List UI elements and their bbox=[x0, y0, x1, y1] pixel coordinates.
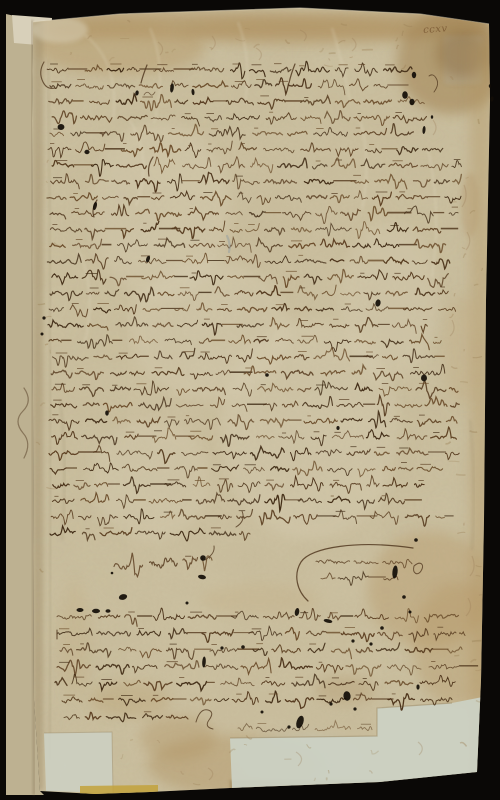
ink-blot bbox=[351, 639, 354, 642]
ink-blot bbox=[220, 646, 223, 649]
show-through-fleck bbox=[50, 350, 51, 353]
ink-blot bbox=[111, 572, 114, 575]
ink-blot bbox=[241, 645, 245, 649]
ink-blot bbox=[200, 555, 206, 561]
ink-blot bbox=[353, 707, 356, 710]
ink-blot bbox=[416, 684, 419, 689]
ink-blot bbox=[409, 99, 414, 105]
ink-blot bbox=[41, 333, 44, 336]
ink-blot bbox=[42, 316, 45, 319]
ink-blot bbox=[329, 702, 332, 705]
ink-blot bbox=[431, 115, 433, 119]
ink-blot bbox=[58, 124, 65, 130]
ink-blot bbox=[106, 609, 111, 613]
ink-blot bbox=[414, 538, 418, 542]
ink-blot bbox=[261, 711, 264, 714]
ink-blot bbox=[409, 611, 412, 614]
ink-blot bbox=[287, 725, 290, 728]
show-through-fleck bbox=[130, 739, 133, 740]
stain bbox=[140, 716, 216, 760]
ink-blot bbox=[265, 373, 269, 377]
folio-number: ccxv bbox=[423, 23, 448, 36]
ink-blot bbox=[402, 595, 406, 599]
stain bbox=[180, 19, 420, 45]
ink-blot bbox=[186, 602, 189, 605]
ink-blot bbox=[84, 150, 89, 154]
manuscript-artwork: ccxv bbox=[0, 0, 500, 800]
ink-blot bbox=[421, 375, 427, 382]
light-patch bbox=[130, 260, 290, 400]
show-through-fleck bbox=[456, 474, 466, 475]
stain bbox=[59, 580, 91, 700]
show-through-fleck bbox=[70, 52, 71, 54]
ink-blot bbox=[489, 84, 491, 88]
underlying-leaf-patch bbox=[44, 732, 113, 793]
ink-blot bbox=[369, 642, 372, 645]
ink-blot bbox=[105, 410, 109, 415]
ink-blot bbox=[92, 609, 100, 613]
ink-blot bbox=[77, 608, 84, 612]
ink-blot bbox=[380, 626, 384, 630]
manuscript-photograph: ccxv bbox=[0, 0, 500, 800]
ink-blot bbox=[402, 91, 408, 99]
stain bbox=[200, 584, 320, 616]
show-through-fleck bbox=[328, 770, 329, 773]
ink-blot bbox=[412, 72, 416, 78]
show-through-fleck bbox=[472, 641, 483, 642]
ink-blot bbox=[336, 426, 339, 430]
show-through-fleck bbox=[449, 461, 460, 462]
